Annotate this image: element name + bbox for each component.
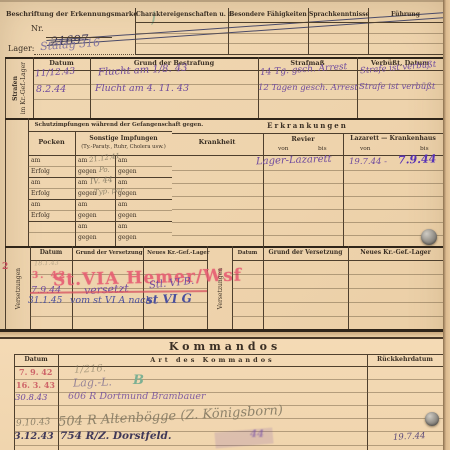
strafen-side-label: Strafen im Kr.-Gef.-Lager [6, 58, 33, 118]
erkrank-hw-bis: 7.9.44 [398, 153, 437, 165]
traits-header-underline [135, 22, 443, 23]
erkrank-header-revier: Revier [264, 136, 342, 143]
impf-r2c3: gegen [118, 169, 137, 176]
erkrank-revier-von: von [278, 146, 289, 152]
versetz-pencil-date: 18.1.43 [34, 260, 59, 267]
impf-row-line-4 [28, 199, 172, 200]
versetz-right-header-underline [232, 260, 443, 261]
impf-r1c1: am [31, 158, 40, 165]
impf-header-sonstige: Sonstige Impfungen [76, 136, 171, 143]
kommando-row3-datum: 30.8.43 [15, 394, 47, 403]
impf-r7c3: am [118, 224, 127, 231]
impf-header-pocken: Pocken [29, 139, 74, 146]
erkrank-row-line-6 [172, 235, 443, 236]
strafen-row2-datum: 8.2.44 [36, 85, 66, 95]
kommando-row2-datum: 16. 3. 43 [16, 381, 55, 389]
erkrank-lazarett-bis: bis [420, 146, 429, 152]
kommando-row1-art: 1/216. [74, 364, 106, 376]
kommando-row1-datum: 7. 9. 42 [19, 368, 52, 376]
erkrank-title: Erkrankungen [172, 122, 443, 130]
erkrank-header-lazarett: Lazarett — Krankenhaus [344, 136, 442, 143]
versetz-right-side-label: Versetzungen [208, 247, 232, 330]
scanned-pow-record-card: Beschriftung der Erkennungsmarke Nr. 216… [0, 0, 450, 450]
versetz-right-header-grund: Grund der Versetzung [264, 250, 347, 257]
impf-r1c2: am [78, 158, 87, 165]
strafen-row-line-2 [33, 99, 443, 100]
scan-top-edge [0, 0, 450, 2]
impf-title: Schutzimpfungen während der Gefangenscha… [35, 122, 166, 128]
id-tag-title: Beschriftung der Erkennungsmarke [6, 11, 136, 18]
traits-header-abilities: Besondere Fähigkeiten [229, 12, 307, 19]
erkrank-row-line-4 [172, 209, 443, 210]
kommando-row3-art: 606 R Dortmund Brambauer [68, 392, 206, 402]
kommandos-header-rueckkehr: Rückkehrdatum [368, 357, 442, 364]
impf-r5c1: am [31, 202, 40, 209]
versetz-right-row-line-3 [232, 302, 443, 303]
erkrank-row-line-3 [172, 196, 443, 197]
impf-title-underline [28, 131, 172, 132]
hole-punch-top [421, 229, 437, 245]
kommandos-title: Kommandos [0, 341, 450, 353]
impf-r3c2: am [78, 180, 87, 187]
erkrank-row-line-1 [172, 170, 443, 171]
traits-header-conduct: Führung [369, 12, 442, 19]
kommandos-vline-1 [58, 354, 59, 450]
kommando-row5-rueckkehr: 19.7.44 [393, 432, 426, 442]
kommandos-vline-2 [367, 354, 368, 450]
versetz-right-header-datum: Datum [234, 250, 260, 256]
versetz-row2-neues: st VI G [146, 292, 192, 306]
strafen-row2-verbuesst: Strafe ist verbüßt [359, 83, 435, 92]
versetz-right-row-line-2 [232, 288, 443, 289]
erkrank-row-line-2 [172, 183, 443, 184]
traits-row-line-2 [135, 43, 443, 44]
strafen-header-datum: Datum [34, 60, 89, 67]
impf-row-line-5 [28, 210, 172, 211]
erkrank-revier-bis: bis [318, 146, 327, 152]
impf-r6c3: gegen [118, 213, 137, 220]
impf-r8c2: gegen [78, 235, 97, 242]
kommandos-table-top [14, 354, 443, 355]
impf-r8c3: gegen [118, 235, 137, 242]
strafen-row2-grund: Flucht am 4. 11. 43 [95, 84, 189, 94]
kommandos-header-datum: Datum [15, 357, 57, 364]
impf-r6c1: Erfolg [31, 213, 50, 220]
strafen-side-label-line2: im Kr.-Gef.-Lager [20, 62, 27, 114]
versetz-left-side-text: Versetzungen [15, 268, 22, 309]
traits-bottom-line [135, 54, 443, 55]
strafen-row2-strafmass: 12 Tagen gesch. Arrest [258, 84, 358, 93]
impf-r6c2: gegen [78, 213, 97, 220]
erkrank-vline-2 [343, 133, 344, 246]
erkrank-hw-von: 19.7.44 - [349, 158, 387, 167]
traits-header-character: Charaktereigenschaften u. a. [136, 12, 227, 19]
versetz-row2-datum: 31.1.45 [28, 297, 62, 306]
impf-r2c1: Erfolg [31, 169, 50, 176]
impf-header-sonstige-sub: (Ty.-Paraty., Ruhr, Cholera usw.) [81, 144, 167, 150]
kommando-row5-art: 754 R/Z. Dorstfeld. [60, 431, 172, 442]
versetz-left-header-neues: Neues Kr.-Gef.-Lager [147, 250, 203, 256]
lager-dotted-line [34, 44, 136, 55]
versetz-row2-grund: vom st VI A nach [70, 296, 152, 306]
impf-row-line-6 [28, 221, 172, 222]
erkrank-header-krankheit: Krankheit [173, 139, 261, 146]
kommando-row4-datum: 9.10.43 [16, 418, 51, 429]
versetz-right-side-text: Versetzungen [217, 268, 224, 309]
erkrank-lazarett-von: von [360, 146, 371, 152]
impf-left-border [28, 118, 29, 246]
erkrank-row-line-5 [172, 222, 443, 223]
versetz-right-row-line-1 [232, 274, 443, 275]
impf-r4c1: Erfolg [31, 191, 50, 198]
kommando-row5-datum: 3.12.43 [14, 432, 54, 442]
versetz-right-row-line-4 [232, 316, 443, 317]
impf-r3c1: am [31, 180, 40, 187]
versetz-left-side-label: Versetzungen [6, 247, 30, 330]
impf-r5c3: am [118, 202, 127, 209]
impf-r2c2: gegen [78, 169, 97, 176]
impf-r7c2: am [78, 224, 87, 231]
hole-punch-bottom [425, 412, 439, 426]
middle-section-top-border [5, 118, 443, 120]
purple-stamp-fragment: 44 [250, 430, 264, 440]
traits-row-line-1 [135, 33, 443, 34]
nr-label: Nr. [31, 25, 44, 34]
versetz-left-header-grund: Grund der Versetzung [76, 250, 139, 256]
kommando-row2-art-extra: B [133, 374, 144, 387]
traits-header-languages: Sprachkenntnisse [309, 12, 367, 19]
versetz-right-header-neues: Neues Kr.-Gef.-Lager [349, 250, 442, 257]
impf-row-line-7 [28, 232, 172, 233]
margin-mark: 2 [2, 263, 8, 272]
versetz-left-header-datum: Datum [31, 250, 71, 257]
kommando-row2-art: Lag.-L. [73, 376, 112, 388]
lager-label: Lager: [8, 45, 34, 54]
versetz-left-row-line-4 [30, 316, 207, 317]
impf-hw-against1: Po. [99, 167, 110, 174]
impf-r5c2: am [78, 202, 87, 209]
erkrank-vline-1 [263, 133, 264, 246]
paper-right-edge [443, 0, 450, 450]
strafen-side-label-line1: Strafen [12, 76, 19, 101]
erkrank-title-underline [172, 133, 443, 134]
